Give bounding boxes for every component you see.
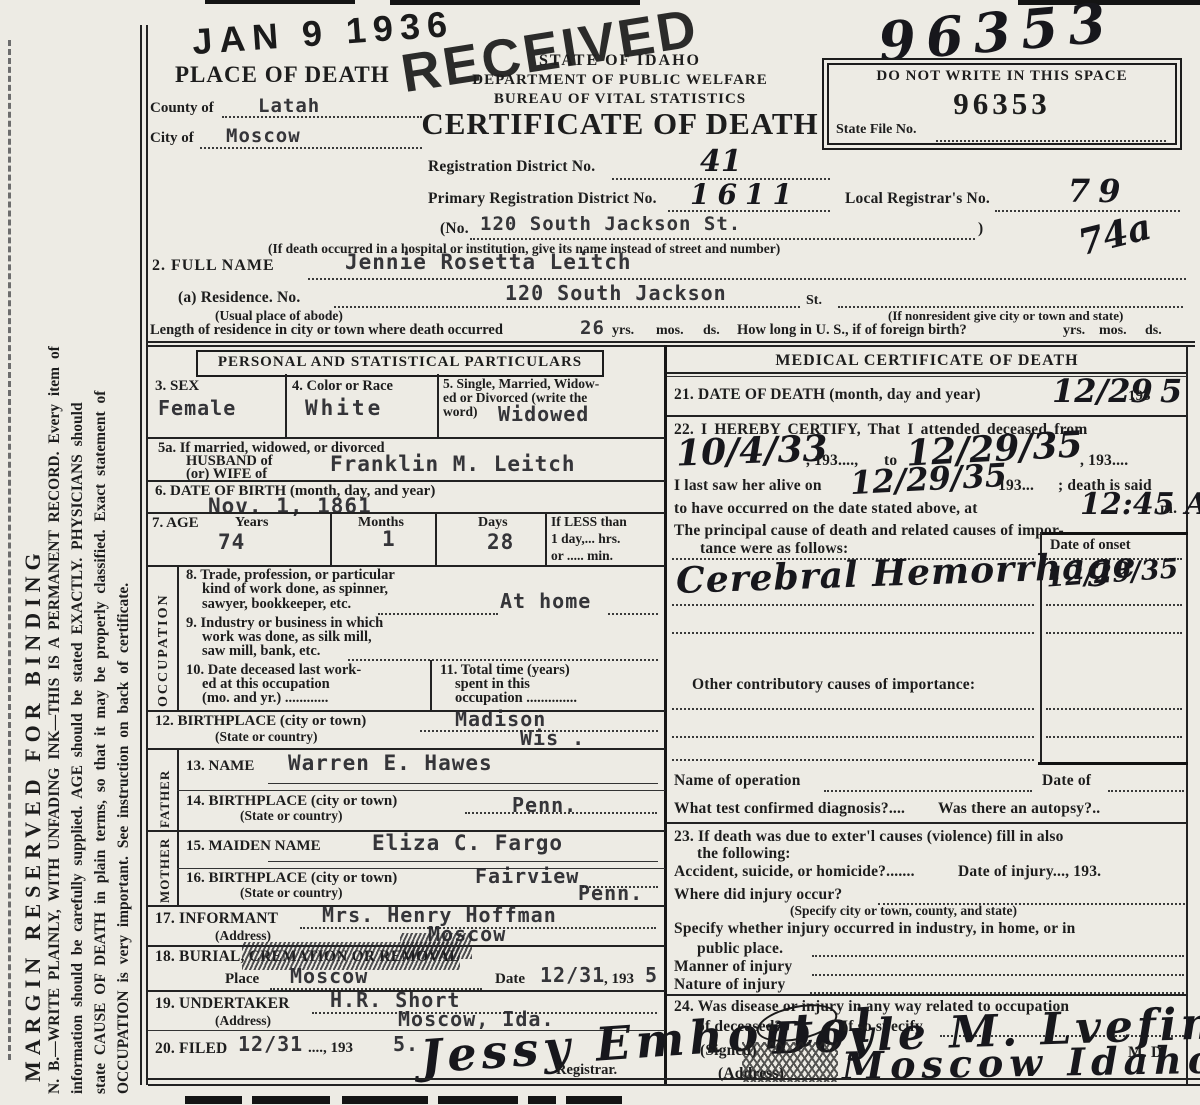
cell-divider [437, 374, 439, 437]
birthplace-sub: (State or country) [215, 729, 317, 745]
form-border-left-inner [146, 25, 148, 1085]
state-file-dotted-line [936, 138, 1166, 142]
manner-dotted [812, 972, 1184, 976]
do-not-write-box: DO NOT WRITE IN THIS SPACE 96353 State F… [822, 58, 1182, 150]
filed-date-value: 12/31 [238, 1032, 303, 1056]
primary-registration-value: 1611 [690, 178, 800, 211]
birthplace-label: 12. BIRTHPLACE (city or town) [155, 713, 366, 730]
burial-year-value: 5 [645, 963, 658, 987]
county-label: County of [150, 100, 214, 117]
mother-birthplace-value: Fairview [475, 864, 579, 888]
state-line: STATE OF IDAHO [430, 52, 810, 70]
row-line [148, 437, 665, 439]
city-value: Moscow [226, 125, 301, 147]
side-label-divider [177, 748, 179, 905]
father-name-value: Warren E. Hawes [288, 751, 493, 775]
age-label: 7. AGE [152, 515, 199, 532]
margin-binding-note: MARGIN RESERVED FOR BINDING [20, 547, 46, 1082]
accident-label: Accident, suicide, or homicide?....... [674, 863, 915, 881]
death-time-value: 12:45 A [1080, 487, 1200, 522]
mos2-label: mos. [1099, 323, 1127, 339]
date-of-death-label: 21. DATE OF DEATH (month, day and year) [674, 386, 981, 404]
birthplace-state-value: Wis . [520, 726, 585, 750]
external-causes-line2: the following: [697, 845, 791, 863]
where-injury-sub: (Specify city or town, county, and state… [790, 903, 1017, 919]
undertaker-label: 19. UNDERTAKER [155, 995, 290, 1013]
row-line [148, 710, 665, 712]
county-dotted-line [222, 114, 422, 118]
last-saw-label: I last saw her alive on [674, 477, 822, 495]
street-abbrev-label: St. [806, 293, 822, 309]
husband-value: Franklin M. Leitch [330, 452, 576, 476]
cell-divider [430, 660, 432, 710]
full-name-dotted [308, 276, 1186, 280]
age-days-label: Days [478, 515, 508, 531]
state-file-label: State File No. [836, 122, 916, 138]
form-border-bottom [148, 1078, 1200, 1080]
perforation-edge [8, 40, 11, 1060]
burial-date-label: Date [495, 971, 525, 988]
local-registrar-value: 79 [1068, 172, 1129, 210]
physician-address-signature: Moscow Idaho [842, 1037, 1200, 1089]
medical-title: MEDICAL CERTIFICATE OF DEATH [667, 352, 1187, 370]
scan-artifact [438, 1096, 518, 1104]
operation-label: Name of operation [674, 772, 801, 790]
age-months-label: Months [358, 515, 404, 531]
column-divider [664, 345, 667, 1086]
mos-label: mos. [656, 323, 684, 339]
test-label: What test confirmed diagnosis?.... [674, 800, 905, 818]
margin-nb-line2: information should be carefully supplied… [69, 402, 87, 1094]
cause-dotted [672, 734, 1034, 738]
row-line [177, 868, 665, 869]
onset-dotted [1046, 706, 1182, 710]
state-file-number-stamp: 96353 [824, 86, 1180, 122]
street-close-label: ) [978, 220, 983, 238]
burial-date-value: 12/31 [540, 963, 605, 987]
residence-dotted-1 [334, 304, 800, 308]
length-residence-label: Length of residence in city or town wher… [150, 322, 503, 339]
occ8-dotted [378, 611, 498, 615]
margin-nb-line3: state CAUSE OF DEATH in plain terms, so … [92, 391, 110, 1094]
street-value: 120 South Jackson St. [480, 213, 741, 235]
section-divider-top2 [148, 345, 1195, 347]
place-of-death-heading: PLACE OF DEATH [175, 62, 390, 88]
yrs-label: yrs. [612, 323, 634, 339]
street-dotted-line [470, 236, 975, 240]
scan-artifact [185, 1096, 242, 1104]
city-label: City of [150, 130, 194, 147]
burial-place-label: Place [225, 971, 259, 988]
personal-title-box: PERSONAL AND STATISTICAL PARTICULARS [196, 350, 604, 377]
scan-artifact [528, 1096, 556, 1104]
dob-value: Nov. 1, 1861 [208, 494, 372, 518]
mother-side-label: MOTHER [157, 838, 173, 903]
page-annotation-74a: 74a [1074, 206, 1155, 265]
specify-line2: public place. [697, 940, 783, 958]
race-label: 4. Color or Race [292, 378, 393, 395]
onset-dotted [1046, 602, 1182, 606]
scan-artifact [205, 0, 355, 4]
marital-value: Widowed [498, 402, 589, 426]
occ9-label-3: saw mill, bank, etc. [202, 643, 320, 660]
cell-divider [330, 512, 332, 565]
age-days-value: 28 [487, 530, 514, 554]
cell-divider [545, 512, 547, 565]
row-line [667, 994, 1187, 996]
cell-divider [435, 512, 437, 565]
cause-dotted [672, 706, 1034, 710]
cause-dotted [672, 630, 1034, 634]
informant-label: 17. INFORMANT [155, 910, 278, 928]
street-open-label: (No. [440, 220, 469, 238]
occ8-label-3: sawyer, bookkeeper, etc. [202, 596, 351, 613]
full-name-label: 2. FULL NAME [152, 257, 275, 275]
age-months-value: 1 [382, 527, 396, 551]
father-side-label: FATHER [157, 770, 173, 828]
maiden-name-value: Eliza C. Fargo [372, 831, 563, 855]
length-residence-value: 26 [580, 317, 605, 339]
last-saw-value: 12/29/35 [849, 456, 1008, 502]
form-border-right [1186, 345, 1188, 1086]
form-border-bottom2 [148, 1084, 1200, 1086]
less-than-label-1: If LESS than [551, 514, 627, 530]
operation-dotted [824, 788, 1032, 792]
cause-dotted [672, 602, 1034, 606]
where-injury-label: Where did injury occur? [674, 886, 842, 904]
local-registrar-label: Local Registrar's No. [845, 190, 990, 208]
external-causes-line1: 23. If death was due to exter'l causes (… [674, 828, 1064, 846]
death-time-suffix: m. [1160, 500, 1177, 518]
father-birthplace-value: Penn. [512, 793, 577, 817]
filed-year-value: 5. [393, 1032, 419, 1056]
onset-dotted [1046, 630, 1182, 634]
onset-dotted [1046, 734, 1182, 738]
age-years-value: 74 [218, 530, 245, 554]
occupation-side-label: OCCUPATION [156, 593, 172, 707]
yrs2-label: yrs. [1063, 323, 1085, 339]
death-certificate-scan: MARGIN RESERVED FOR BINDING N. B.—WRITE … [0, 0, 1200, 1105]
row-line [177, 790, 665, 791]
principal-cause-line1: The principal cause of death and related… [674, 522, 1064, 540]
form-border-left [140, 25, 142, 1085]
mother-birthplace-state: Penn. [578, 881, 643, 905]
ink-crosshatch [742, 1042, 838, 1082]
underline [268, 861, 658, 862]
full-name-value: Jennie Rosetta Leitch [345, 250, 632, 274]
row-line [667, 415, 1187, 417]
occurred-label: to have occurred on the date stated abov… [674, 500, 978, 518]
operation-date-label: Date of [1042, 772, 1091, 790]
sex-label: 3. SEX [155, 378, 199, 395]
residence-value: 120 South Jackson [505, 281, 727, 305]
occ8-dotted-2 [608, 611, 658, 615]
side-label-divider [177, 565, 179, 710]
row-line [667, 822, 1187, 824]
occ8-value: At home [500, 589, 591, 613]
operation-date-dotted [1108, 788, 1184, 792]
section-divider-top [148, 341, 1195, 343]
date-of-death-year-hand: 5 [1160, 372, 1182, 410]
cell-divider [285, 374, 287, 437]
autopsy-label: Was there an autopsy?.. [938, 800, 1100, 818]
underline [268, 783, 658, 784]
primary-registration-label: Primary Registration District No. [428, 190, 657, 208]
filed-label: 20. FILED [155, 1040, 227, 1058]
occ10-label-3: (mo. and yr.) ............ [202, 690, 328, 707]
occ11-label-3: occupation .............. [455, 690, 577, 707]
onset-box-top [1040, 532, 1188, 535]
specify-dotted [812, 953, 1184, 957]
specify-line1: Specify whether injury occurred in indus… [674, 920, 1075, 938]
margin-nb-line1: N. B.—WRITE PLAINLY, WITH UNFADING INK—T… [46, 346, 64, 1094]
personal-title: PERSONAL AND STATISTICAL PARTICULARS [198, 354, 602, 371]
scan-artifact [566, 1096, 622, 1104]
marital-label-3: word) [443, 404, 478, 420]
burial-place-value: Moscow [290, 964, 368, 988]
row-line [148, 748, 665, 750]
do-not-write-label: DO NOT WRITE IN THIS SPACE [824, 68, 1180, 85]
residence-label: (a) Residence. No. [178, 289, 300, 307]
last-saw-printed: 193... [998, 477, 1034, 495]
race-value: White [305, 396, 383, 420]
department-line: DEPARTMENT OF PUBLIC WELFARE [420, 72, 820, 89]
certify-printed-2: , 193.... [1080, 452, 1128, 470]
ds2-label: ds. [1145, 323, 1162, 339]
burial-year-printed: , 193 [604, 971, 634, 988]
certificate-title: CERTIFICATE OF DEATH [405, 106, 835, 142]
row-line [148, 480, 665, 482]
injury-date-label: Date of injury..., 193. [958, 863, 1101, 881]
registrar-label: Registrar. [556, 1062, 617, 1079]
undertaker-sub: (Address) [215, 1013, 271, 1029]
onset-box-bottom [1038, 762, 1188, 765]
date-of-death-year-printed: 193 [1128, 388, 1151, 405]
scan-artifact [252, 1096, 330, 1104]
mother-birthplace-sub: (State or country) [240, 885, 342, 901]
cause-dotted [672, 757, 1034, 761]
manner-label: Manner of injury [674, 958, 792, 976]
father-birthplace-sub: (State or country) [240, 808, 342, 824]
less-than-label-3: or ..... min. [551, 548, 613, 564]
filed-printed: ...., 193 [308, 1040, 353, 1057]
contributory-label: Other contributory causes of importance: [692, 676, 975, 694]
age-years-label: Years [235, 515, 268, 531]
margin-nb-line4: OCCUPATION is very important. See instru… [115, 583, 133, 1094]
maiden-name-label: 15. MAIDEN NAME [186, 838, 321, 855]
registration-district-label: Registration District No. [428, 158, 595, 176]
occ9-dotted [348, 657, 658, 661]
how-long-us-label: How long in U. S., if of foreign birth? [737, 322, 967, 339]
sex-value: Female [158, 396, 236, 420]
ds-label: ds. [703, 323, 720, 339]
scan-artifact [342, 1096, 428, 1104]
less-than-label-2: 1 day,... hrs. [551, 531, 620, 547]
nature-label: Nature of injury [674, 976, 785, 994]
registration-district-value: 41 [700, 144, 742, 179]
city-dotted-line [200, 145, 422, 149]
father-name-label: 13. NAME [186, 758, 254, 775]
